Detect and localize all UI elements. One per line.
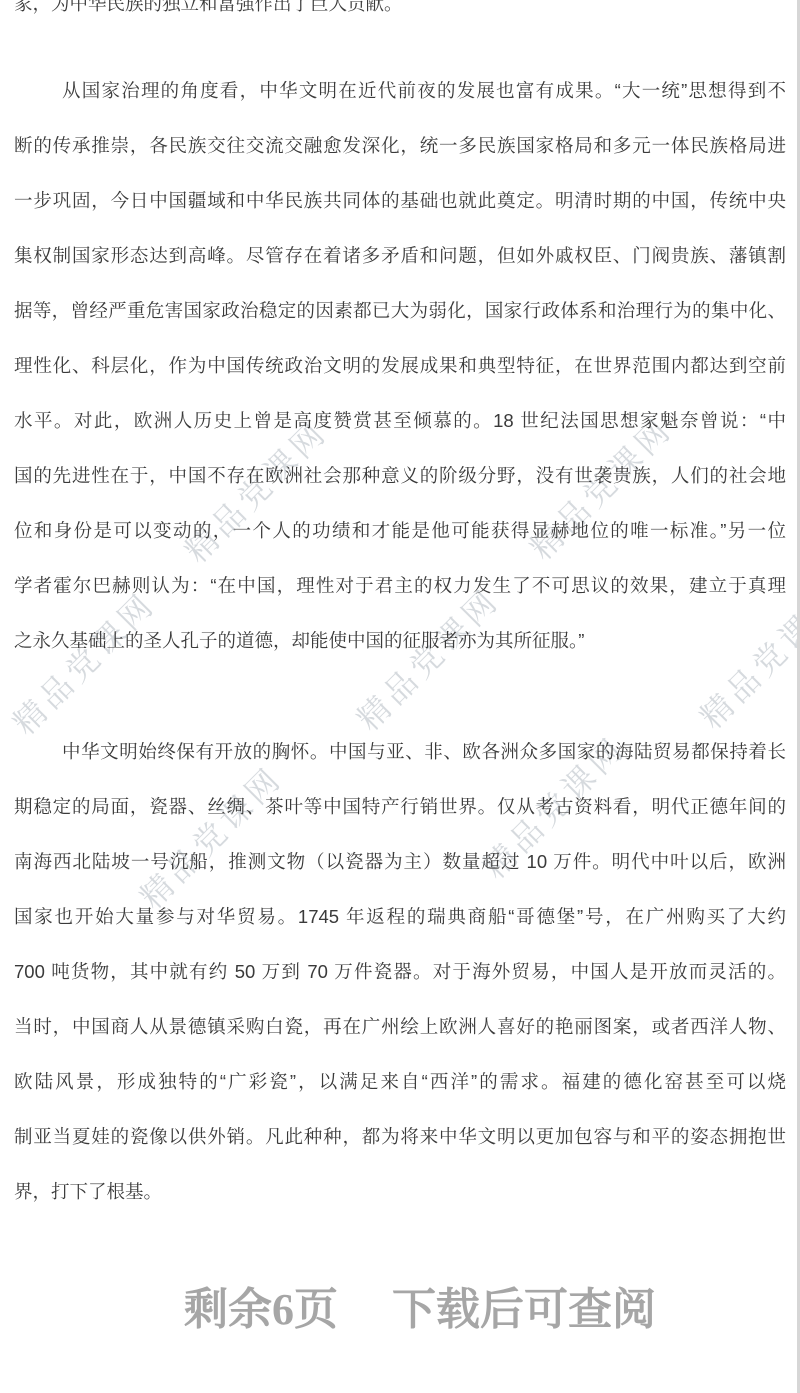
text-line: 据等，曾经严重危害国家政治稳定的因素都已大为弱化，国家行政体系和治理行为的集中化… <box>14 283 786 338</box>
text-line: 欧陆风景，形成独特的“广彩瓷”，以满足来自“西洋”的需求。福建的德化窑甚至可以烧 <box>14 1054 786 1109</box>
document-page: 精品党课网 精品党课网 精品党课网 精品党课网 精品党课网 精品党课网 精品党课… <box>0 0 800 1393</box>
text-line: 制亚当夏娃的瓷像以供外销。凡此种种，都为将来中华文明以更加包容与和平的姿态拥抱世 <box>14 1109 786 1164</box>
document-paragraph: 家，为中华民族的独立和富强作出了巨大贡献。 <box>14 0 786 31</box>
document-paragraph: 中华文明始终保有开放的胸怀。中国与亚、非、欧各洲众多国家的海陆贸易都保持着长期稳… <box>14 724 786 1219</box>
text-line: 700 吨货物，其中就有约 50 万到 70 万件瓷器。对于海外贸易，中国人是开… <box>14 944 786 999</box>
text-line: 集权制国家形态达到高峰。尽管存在着诸多矛盾和问题，但如外戚权臣、门阀贵族、藩镇割 <box>14 228 786 283</box>
text-line: 界，打下了根基。 <box>14 1164 786 1219</box>
text-line: 国家也开始大量参与对华贸易。1745 年返程的瑞典商船“哥德堡”号，在广州购买了… <box>14 889 786 944</box>
text-line: 断的传承推崇，各民族交往交流交融愈发深化，统一多民族国家格局和多元一体民族格局进 <box>14 118 786 173</box>
text-line: 中华文明始终保有开放的胸怀。中国与亚、非、欧各洲众多国家的海陆贸易都保持着长 <box>14 724 786 779</box>
download-hint-label: 下载后可查阅 <box>392 1285 656 1334</box>
text-line: 学者霍尔巴赫则认为：“在中国，理性对于君主的权力发生了不可思议的效果，建立于真理 <box>14 558 786 613</box>
document-paragraph: 从国家治理的角度看，中华文明在近代前夜的发展也富有成果。“大一统”思想得到不断的… <box>14 63 786 668</box>
document-preview-page: { "watermark": { "text": "精品党课网", "color… <box>0 0 800 1393</box>
remaining-pages-label: 剩余6页 <box>184 1285 338 1334</box>
text-line: 理性化、科层化，作为中国传统政治文明的发展成果和典型特征，在世界范围内都达到空前 <box>14 338 786 393</box>
document-body: 家，为中华民族的独立和富强作出了巨大贡献。从国家治理的角度看，中华文明在近代前夜… <box>14 0 786 1219</box>
text-line: 期稳定的局面，瓷器、丝绸、茶叶等中国特产行销世界。仅从考古资料看，明代正德年间的 <box>14 779 786 834</box>
pagination-notice: 剩余6页下载后可查阅 <box>20 1282 800 1338</box>
text-line: 当时，中国商人从景德镇采购白瓷，再在广州绘上欧洲人喜好的艳丽图案，或者西洋人物、 <box>14 999 786 1054</box>
text-line: 一步巩固，今日中国疆域和中华民族共同体的基础也就此奠定。明清时期的中国，传统中央 <box>14 173 786 228</box>
text-line: 家，为中华民族的独立和富强作出了巨大贡献。 <box>14 0 786 31</box>
text-line: 之永久基础上的圣人孔子的道德，却能使中国的征服者亦为其所征服。” <box>14 613 786 668</box>
text-line: 水平。对此，欧洲人历史上曾是高度赞赏甚至倾慕的。18 世纪法国思想家魁奈曾说：“… <box>14 393 786 448</box>
text-line: 南海西北陆坡一号沉船，推测文物（以瓷器为主）数量超过 10 万件。明代中叶以后，… <box>14 834 786 889</box>
text-line: 从国家治理的角度看，中华文明在近代前夜的发展也富有成果。“大一统”思想得到不 <box>14 63 786 118</box>
text-line: 位和身份是可以变动的，一个人的功绩和才能是他可能获得显赫地位的唯一标准。”另一位 <box>14 503 786 558</box>
text-line: 国的先进性在于，中国不存在欧洲社会那种意义的阶级分野，没有世袭贵族，人们的社会地 <box>14 448 786 503</box>
